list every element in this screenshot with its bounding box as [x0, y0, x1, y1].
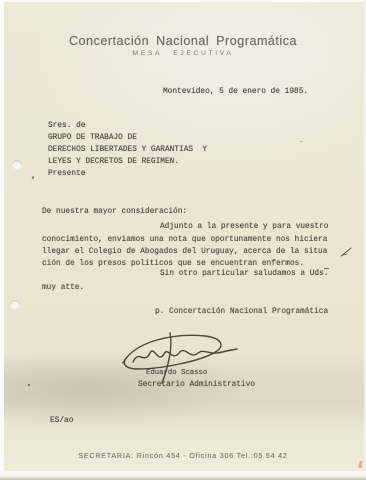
scan-edge-bottom [0, 471, 366, 480]
handwritten-signature [113, 329, 245, 387]
hole-punch-bottom [10, 300, 20, 309]
signed-on-behalf-line: p. Concertación Nacional Programática [155, 307, 328, 317]
body-line: Sin otro particular saludamos a Uds. [160, 269, 328, 279]
body-line: conocimiento, enviamos una nota que opor… [42, 235, 327, 245]
date-line: Montevideo, 5 de enero de 1985. [163, 87, 308, 97]
footer-secretariat-address: SECRETARIA: Rincón 454 - Oficina 306 Tel… [0, 452, 366, 460]
addressee-line: LEYES Y DECRETOS DE REGIMEN. [48, 157, 179, 167]
addressee-line: Sres. de [48, 121, 85, 131]
scan-edge-left [0, 0, 4, 480]
body-line: muy atte. [42, 283, 84, 293]
letterhead-organization: Concertación Nacional Programática [0, 34, 366, 48]
typed-hyphen-mark [324, 268, 329, 269]
scan-edge-top [0, 0, 366, 2]
addressee-line: Presente [48, 169, 85, 179]
body-line: Adjunto a la presente y para vuestro [160, 222, 328, 232]
scanned-letter-page: Concertación Nacional Programática MESA … [0, 0, 366, 480]
body-line: ción de los presos políticos que se encu… [42, 259, 304, 269]
paper-speck [300, 141, 303, 142]
body-line: llegar el Colegio de Abogados del Urugua… [42, 247, 327, 257]
addressee-line: GRUPO DE TRABAJO DE [48, 133, 137, 143]
hole-punch-top [12, 160, 22, 169]
letterhead-division: MESA EJECUTIVA [0, 50, 366, 57]
margin-check-mark [340, 247, 352, 259]
addressee-line: DERECHOS LIBERTADES Y GARANTIAS Y [48, 145, 207, 155]
reference-initials: ES/ao [50, 416, 73, 426]
salutation-line: De nuestra mayor consideración: [42, 207, 187, 217]
paper-speck [28, 384, 30, 386]
